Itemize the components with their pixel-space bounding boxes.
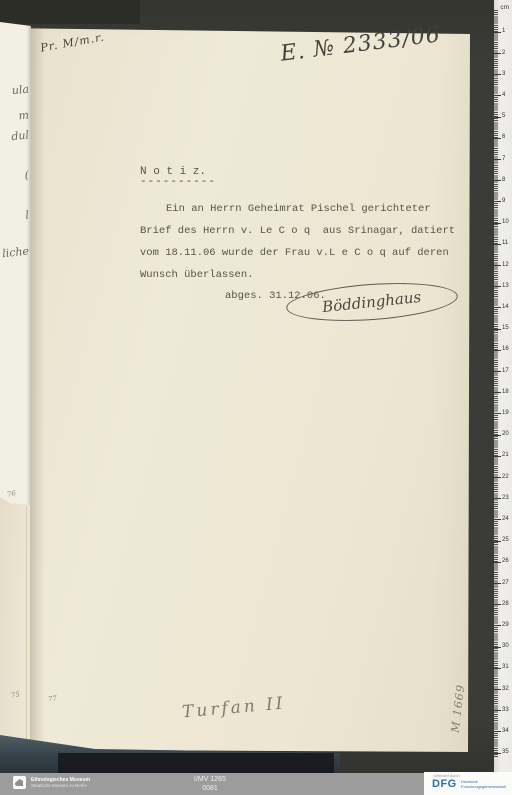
ruler-number: 15 bbox=[502, 325, 509, 332]
ruler-number: 33 bbox=[502, 707, 509, 714]
notiz-underline: ---------- bbox=[140, 176, 216, 188]
ruler-number: 18 bbox=[502, 389, 509, 396]
ruler-number: 34 bbox=[502, 728, 509, 735]
page-edge-line bbox=[26, 505, 27, 741]
funder-name-line2: Forschungsgemeinschaft bbox=[461, 785, 506, 790]
ruler-tick bbox=[494, 689, 501, 690]
page-edge-line bbox=[30, 505, 31, 743]
ruler-tick bbox=[494, 223, 501, 224]
object-id: I/MV 1265 bbox=[0, 775, 420, 784]
pencil-mark: 75 bbox=[10, 690, 20, 699]
ruler-number: 24 bbox=[502, 516, 509, 523]
ruler-number: 21 bbox=[502, 452, 509, 459]
ruler-number: 7 bbox=[502, 156, 505, 163]
ruler-number: 11 bbox=[502, 240, 508, 247]
handwriting-fragment: ula bbox=[0, 82, 30, 98]
ruler-number: 32 bbox=[502, 686, 509, 693]
ruler-number: 28 bbox=[502, 601, 509, 608]
ruler-number: 16 bbox=[502, 346, 509, 353]
ruler-number: 30 bbox=[502, 643, 509, 650]
image-number: 0081 bbox=[0, 784, 420, 793]
ruler-number: 8 bbox=[502, 177, 505, 184]
funder-logo-box: Gefördert durch DFG Deutsche Forschungsg… bbox=[424, 772, 512, 795]
ruler-tick bbox=[494, 350, 501, 351]
ruler-tick bbox=[494, 477, 501, 478]
ruler-tick bbox=[494, 668, 501, 669]
ruler-tick bbox=[494, 435, 501, 436]
previous-page-edge: ulamdul(lliche bbox=[0, 0, 31, 510]
handwriting-fragment: dul bbox=[0, 128, 30, 144]
metadata-footer: Ethnologisches Museum Staatliche Museen … bbox=[0, 773, 512, 795]
notiz-line: Ein an Herrn Geheimrat Pischel gerichtet… bbox=[140, 198, 455, 220]
ruler-tick bbox=[494, 53, 501, 54]
ruler-tick bbox=[494, 562, 501, 563]
ruler-number: 14 bbox=[502, 304, 509, 311]
ruler-tick bbox=[494, 413, 501, 414]
ruler-number: 10 bbox=[502, 219, 509, 226]
ruler-number: 25 bbox=[502, 537, 509, 544]
ruler-number: 12 bbox=[502, 262, 509, 269]
ruler: cm 1234567891011121314151617181920212223… bbox=[494, 0, 512, 773]
ruler-tick bbox=[494, 201, 501, 202]
ruler-number: 4 bbox=[502, 92, 505, 99]
ruler-tick bbox=[494, 138, 501, 139]
document-page bbox=[0, 0, 470, 795]
ruler-tick bbox=[494, 604, 501, 605]
ruler-tick bbox=[494, 329, 501, 330]
ruler-unit-label: cm bbox=[500, 4, 509, 11]
ruler-tick bbox=[494, 456, 501, 457]
dfg-logo: DFG bbox=[432, 778, 457, 790]
ruler-number: 6 bbox=[502, 134, 505, 141]
ruler-tick bbox=[494, 519, 501, 520]
ruler-tick bbox=[494, 307, 501, 308]
ruler-number: 22 bbox=[502, 474, 509, 481]
ruler-tick bbox=[494, 498, 501, 499]
ruler-number: 31 bbox=[502, 664, 509, 671]
ruler-tick bbox=[494, 625, 501, 626]
ruler-tick bbox=[494, 392, 501, 393]
ruler-tick bbox=[494, 710, 501, 711]
handwriting-fragment: l bbox=[0, 208, 30, 224]
notiz-line: Brief des Herrn v. Le C o q aus Srinagar… bbox=[140, 220, 455, 242]
ruler-number: 26 bbox=[502, 558, 509, 565]
handwriting-fragment: ( bbox=[0, 168, 30, 184]
ruler-number: 2 bbox=[502, 50, 505, 57]
notiz-body: Ein an Herrn Geheimrat Pischel gerichtet… bbox=[140, 198, 455, 286]
ruler-tick bbox=[494, 244, 501, 245]
ruler-number: 1 bbox=[502, 28, 505, 35]
ruler-tick bbox=[494, 117, 501, 118]
ruler-tick bbox=[494, 74, 501, 75]
ruler-tick bbox=[494, 32, 501, 33]
ruler-number: 13 bbox=[502, 283, 509, 290]
pencil-mark: 77 bbox=[47, 694, 57, 703]
signature: Böddinghaus bbox=[322, 288, 423, 316]
ruler-tick bbox=[494, 583, 501, 584]
handwriting-fragment: liche bbox=[0, 244, 30, 260]
ruler-tick bbox=[494, 731, 501, 732]
ruler-tick bbox=[494, 265, 501, 266]
scan-shadow-band bbox=[58, 753, 334, 773]
ruler-tick bbox=[494, 286, 501, 287]
ruler-tick bbox=[494, 95, 501, 96]
ruler-number: 29 bbox=[502, 622, 509, 629]
ruler-number: 27 bbox=[502, 580, 509, 587]
ruler-number: 17 bbox=[502, 368, 509, 375]
ruler-tick bbox=[494, 180, 501, 181]
ruler-number: 20 bbox=[502, 431, 509, 438]
ruler-number: 9 bbox=[502, 198, 505, 205]
handwriting-fragment: m bbox=[0, 108, 30, 124]
ruler-tick bbox=[494, 541, 501, 542]
object-reference: I/MV 1265 0081 bbox=[0, 775, 420, 793]
ruler-number: 5 bbox=[502, 113, 505, 120]
funder-name: Deutsche Forschungsgemeinschaft bbox=[461, 780, 506, 790]
ruler-number: 19 bbox=[502, 410, 509, 417]
ruler-tick bbox=[494, 647, 501, 648]
ruler-tick bbox=[494, 371, 501, 372]
notiz-line: vom 18.11.06 wurde der Frau v.L e C o q … bbox=[140, 242, 455, 264]
ruler-tick bbox=[494, 753, 501, 754]
ruler-number: 35 bbox=[502, 749, 509, 756]
scan-background-shadow bbox=[0, 0, 140, 24]
ruler-number: 23 bbox=[502, 495, 509, 502]
book-gutter-shadow bbox=[31, 26, 45, 742]
scan-viewport: ulamdul(lliche Pr. M/m.r. E. № 2333/06 N… bbox=[0, 0, 512, 795]
ruler-number: 3 bbox=[502, 71, 505, 78]
ruler-tick bbox=[494, 159, 501, 160]
